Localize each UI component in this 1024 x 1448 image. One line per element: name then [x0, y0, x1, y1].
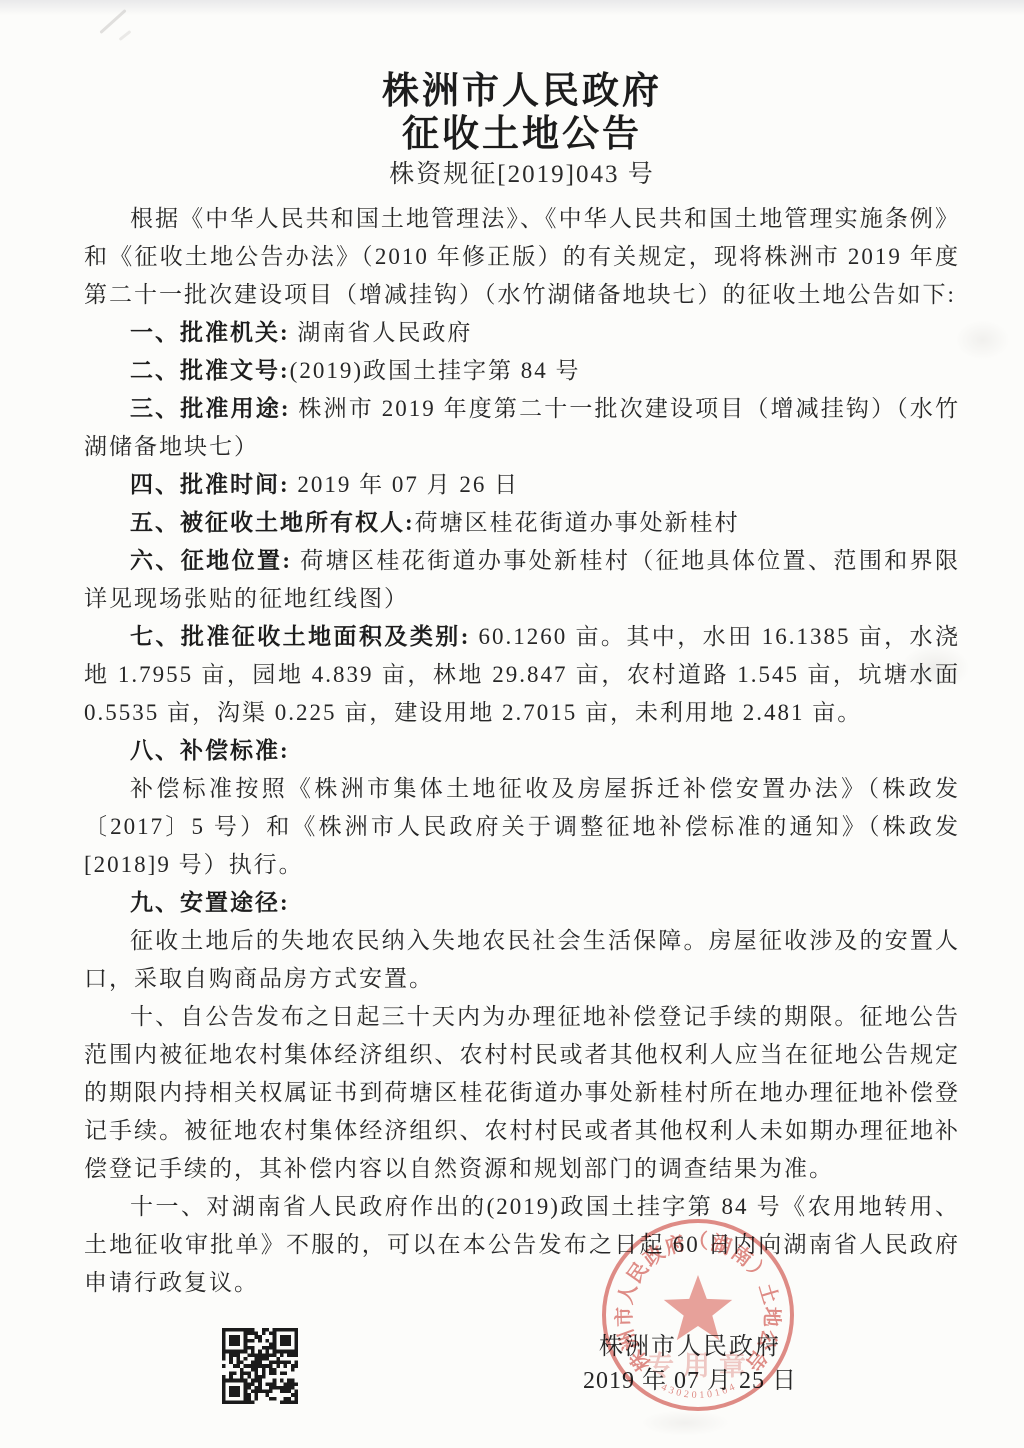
scanned-document-page: { "colors": { "seal_red": "#dd7d77", "te…	[0, 0, 1024, 1448]
item-text: 荷塘区桂花街道办事处新桂村	[415, 510, 740, 535]
notice-item-4: 四、批准时间: 2019 年 07 月 26 日	[84, 466, 960, 504]
item-label: 七、批准征收土地面积及类别:	[130, 624, 470, 649]
item-label: 六、征地位置:	[130, 548, 292, 573]
notice-item-6: 六、征地位置: 荷塘区桂花街道办事处新桂村（征地具体位置、范围和界限详见现场张贴…	[84, 542, 960, 618]
notice-item-8-heading: 八、补偿标准:	[84, 732, 960, 770]
scan-artifact	[119, 30, 132, 41]
page-title-line2: 征收土地公告	[84, 114, 960, 156]
svg-text:市: 市	[612, 1307, 636, 1328]
notice-item-9-body: 征收土地后的失地农民纳入失地农民社会生活保障。房屋征收涉及的安置人口，采取自购商…	[84, 922, 960, 998]
signature-issuer: 株洲市人民政府	[560, 1332, 820, 1362]
notice-item-11: 十一、对湖南省人民政府作出的(2019)政国土挂字第 84 号《农用地转用、土地…	[84, 1188, 960, 1302]
intro-paragraph: 根据《中华人民共和国土地管理法》、《中华人民共和国土地管理实施条例》和《征收土地…	[84, 200, 960, 314]
item-text: 湖南省人民政府	[290, 320, 473, 345]
page-title-line1: 株洲市人民政府	[84, 70, 960, 114]
item-label: 一、批准机关:	[130, 320, 290, 345]
scan-edge-shading	[0, 0, 1024, 18]
svg-text:地: 地	[760, 1307, 784, 1328]
item-label: 九、安置途径:	[130, 890, 290, 915]
notice-item-3: 三、批准用途: 株洲市 2019 年度第二十一批次建设项目（增减挂钩）（水竹湖储…	[84, 390, 960, 466]
scan-smudge	[955, 320, 1010, 360]
item-label: 八、补偿标准:	[130, 738, 290, 763]
notice-item-7: 七、批准征收土地面积及类别: 60.1260 亩。其中，水田 16.1385 亩…	[84, 618, 960, 732]
item-text: 十一、对湖南省人民政府作出的(2019)政国土挂字第 84 号《农用地转用、土地…	[84, 1194, 960, 1295]
scan-smudge	[640, 1410, 730, 1436]
document-number: 株资规征[2019]043 号	[84, 158, 960, 192]
notice-document: 株洲市人民政府 征收土地公告 株资规征[2019]043 号 根据《中华人民共和…	[84, 70, 960, 1302]
notice-body: 根据《中华人民共和国土地管理法》、《中华人民共和国土地管理实施条例》和《征收土地…	[84, 200, 960, 1302]
signature-date: 2019 年 07 月 25 日	[545, 1366, 835, 1396]
notice-item-5: 五、被征收土地所有权人:荷塘区桂花街道办事处新桂村	[84, 504, 960, 542]
item-text: 十、自公告发布之日起三十天内为办理征地补偿登记手续的期限。征地公告范围内被征地农…	[84, 1004, 960, 1181]
notice-item-1: 一、批准机关: 湖南省人民政府	[84, 314, 960, 352]
item-text: 2019 年 07 月 26 日	[290, 472, 520, 497]
item-text: (2019)政国土挂字第 84 号	[290, 358, 581, 383]
qr-code-icon	[222, 1326, 298, 1406]
notice-item-8-body: 补偿标准按照《株洲市集体土地征收及房屋拆迁补偿安置办法》（株政发〔2017〕5 …	[84, 770, 960, 884]
item-label: 五、被征收土地所有权人:	[130, 510, 415, 535]
item-label: 三、批准用途:	[130, 396, 291, 421]
item-label: 四、批准时间:	[130, 472, 290, 497]
scan-artifact	[99, 9, 126, 34]
notice-item-2: 二、批准文号:(2019)政国土挂字第 84 号	[84, 352, 960, 390]
notice-item-9-heading: 九、安置途径:	[84, 884, 960, 922]
item-label: 二、批准文号:	[130, 358, 290, 383]
item-text: 补偿标准按照《株洲市集体土地征收及房屋拆迁补偿安置办法》（株政发〔2017〕5 …	[84, 776, 960, 877]
notice-item-10: 十、自公告发布之日起三十天内为办理征地补偿登记手续的期限。征地公告范围内被征地农…	[84, 998, 960, 1188]
item-text: 征收土地后的失地农民纳入失地农民社会生活保障。房屋征收涉及的安置人口，采取自购商…	[84, 928, 960, 991]
